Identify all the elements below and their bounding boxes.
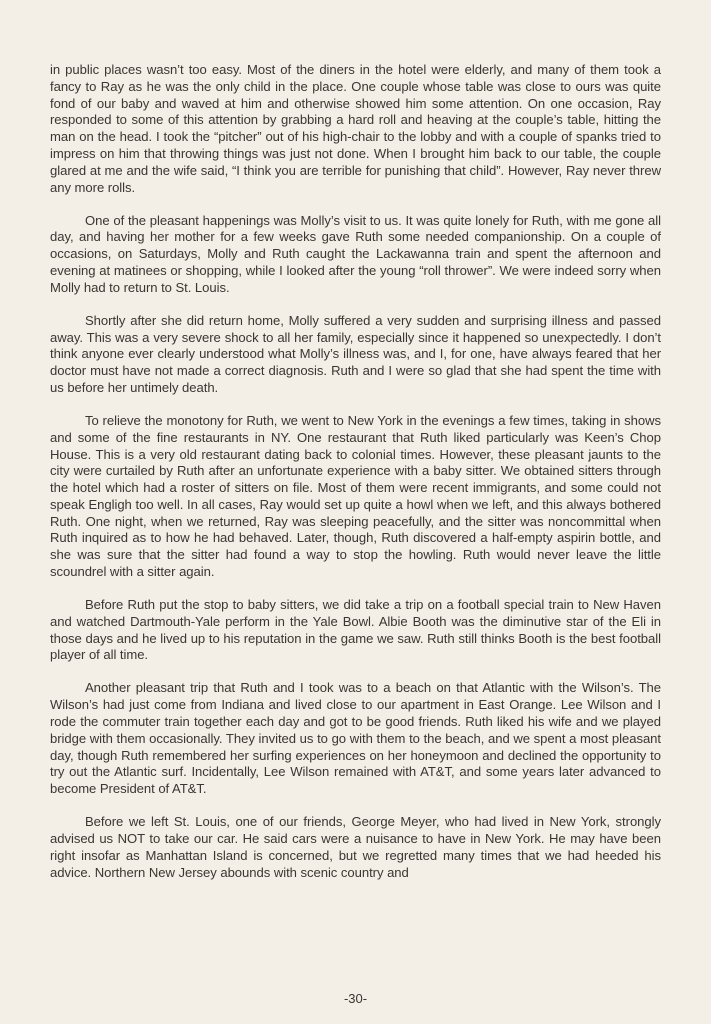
paragraph-4: To relieve the monotony for Ruth, we wen… — [50, 413, 661, 581]
paragraph-2: One of the pleasant happenings was Molly… — [50, 213, 661, 297]
paragraph-1: in public places wasn’t too easy. Most o… — [50, 62, 661, 196]
paragraph-3: Shortly after she did return home, Molly… — [50, 313, 661, 397]
page-number: -30- — [0, 991, 711, 1006]
paragraph-7: Before we left St. Louis, one of our fri… — [50, 814, 661, 881]
paragraph-5: Before Ruth put the stop to baby sitters… — [50, 597, 661, 664]
paragraph-6: Another pleasant trip that Ruth and I to… — [50, 680, 661, 798]
document-page: in public places wasn’t too easy. Most o… — [0, 0, 711, 1024]
body-text: in public places wasn’t too easy. Most o… — [50, 62, 661, 898]
